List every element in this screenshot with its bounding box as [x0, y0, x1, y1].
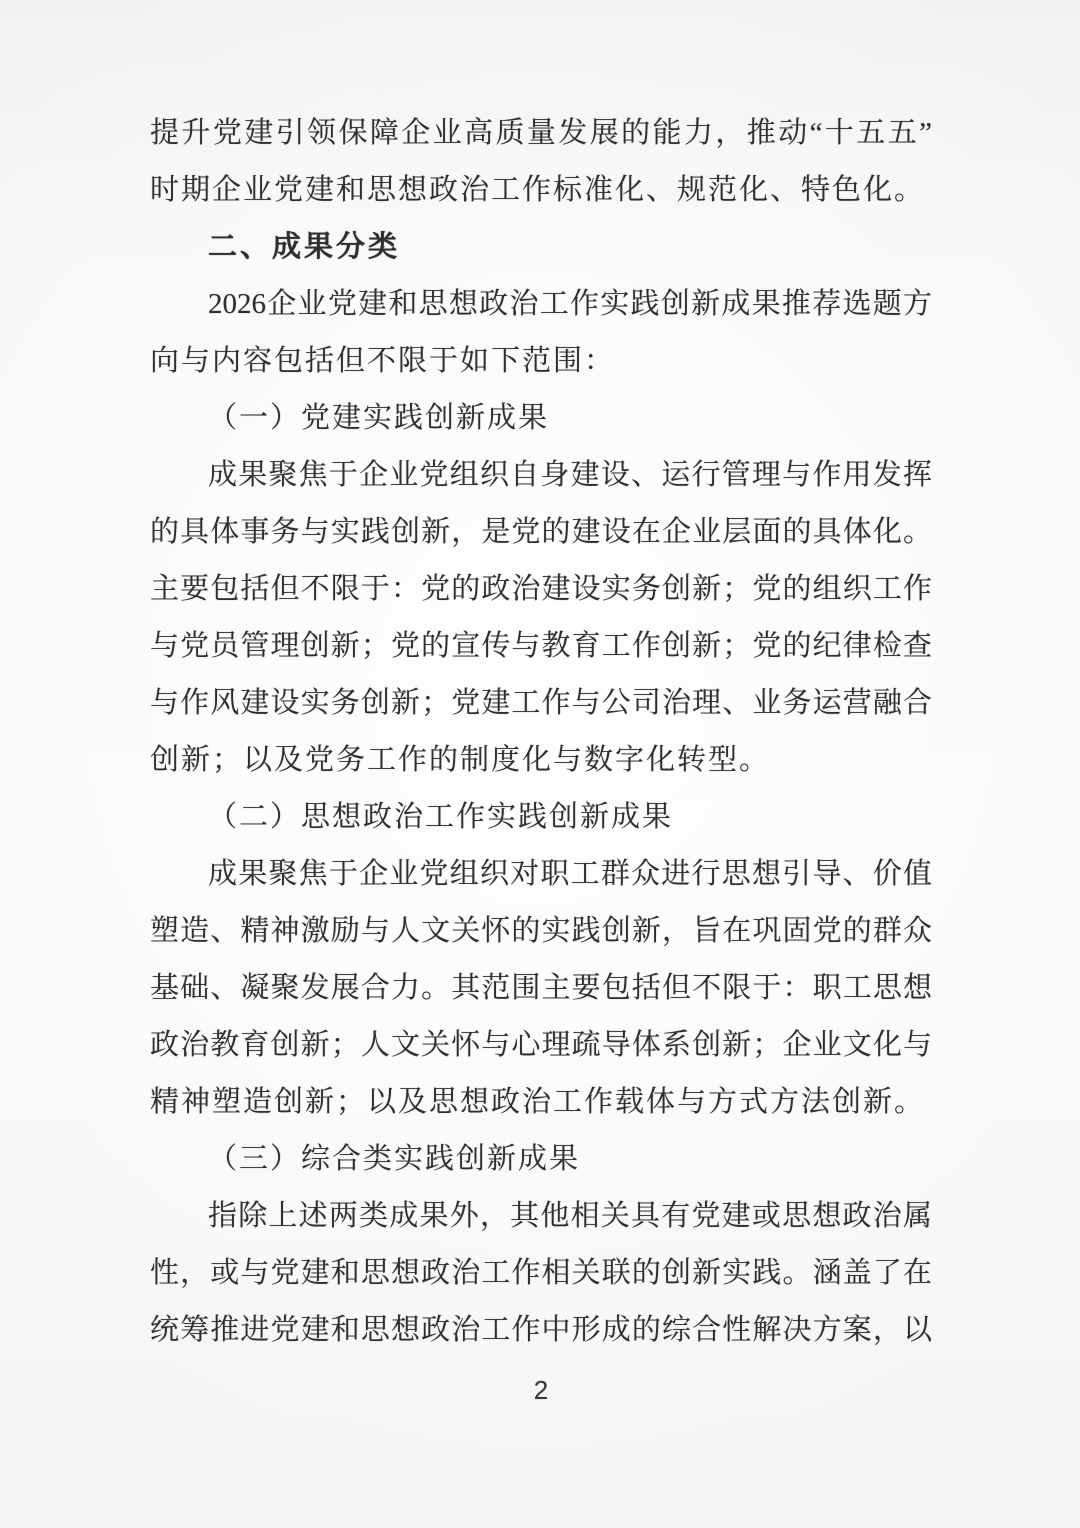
text-line: 的具体事务与实践创新，是党的建设在企业层面的具体化。 [150, 504, 932, 561]
text-line: 成果聚焦于企业党组织自身建设、运行管理与作用发挥 [150, 447, 932, 504]
text-line: 性，或与党建和思想政治工作相关联的创新实践。涵盖了在 [150, 1245, 932, 1302]
section-heading: 二、成果分类 [150, 219, 932, 276]
subsection-heading: （二）思想政治工作实践创新成果 [150, 789, 932, 846]
text-line: 时期企业党建和思想政治工作标准化、规范化、特色化。 [150, 162, 932, 219]
text-line: 精神塑造创新；以及思想政治工作载体与方式方法创新。 [150, 1074, 932, 1131]
page-footer: 2 [150, 1375, 932, 1406]
text-line: 成果聚焦于企业党组织对职工群众进行思想引导、价值 [150, 846, 932, 903]
text-line: 与作风建设实务创新；党建工作与公司治理、业务运营融合 [150, 675, 932, 732]
subsection-heading: （一）党建实践创新成果 [150, 390, 932, 447]
text-line: 政治教育创新；人文关怀与心理疏导体系创新；企业文化与 [150, 1017, 932, 1074]
text-line: 提升党建引领保障企业高质量发展的能力，推动“十五五” [150, 105, 932, 162]
page-number: 2 [534, 1375, 548, 1406]
text-line: 塑造、精神激励与人文关怀的实践创新，旨在巩固党的群众 [150, 903, 932, 960]
text-line: 向与内容包括但不限于如下范围： [150, 333, 932, 390]
subsection-heading: （三）综合类实践创新成果 [150, 1131, 932, 1188]
document-page: 提升党建引领保障企业高质量发展的能力，推动“十五五” 时期企业党建和思想政治工作… [0, 0, 1080, 1528]
text-line: 统筹推进党建和思想政治工作中形成的综合性解决方案，以 [150, 1302, 932, 1359]
text-line: 基础、凝聚发展合力。其范围主要包括但不限于：职工思想 [150, 960, 932, 1017]
text-line: 创新；以及党务工作的制度化与数字化转型。 [150, 732, 932, 789]
text-line: 与党员管理创新；党的宣传与教育工作创新；党的纪律检查 [150, 618, 932, 675]
text-line: 指除上述两类成果外，其他相关具有党建或思想政治属 [150, 1188, 932, 1245]
text-line: 主要包括但不限于：党的政治建设实务创新；党的组织工作 [150, 561, 932, 618]
text-line: 2026企业党建和思想政治工作实践创新成果推荐选题方 [150, 276, 932, 333]
